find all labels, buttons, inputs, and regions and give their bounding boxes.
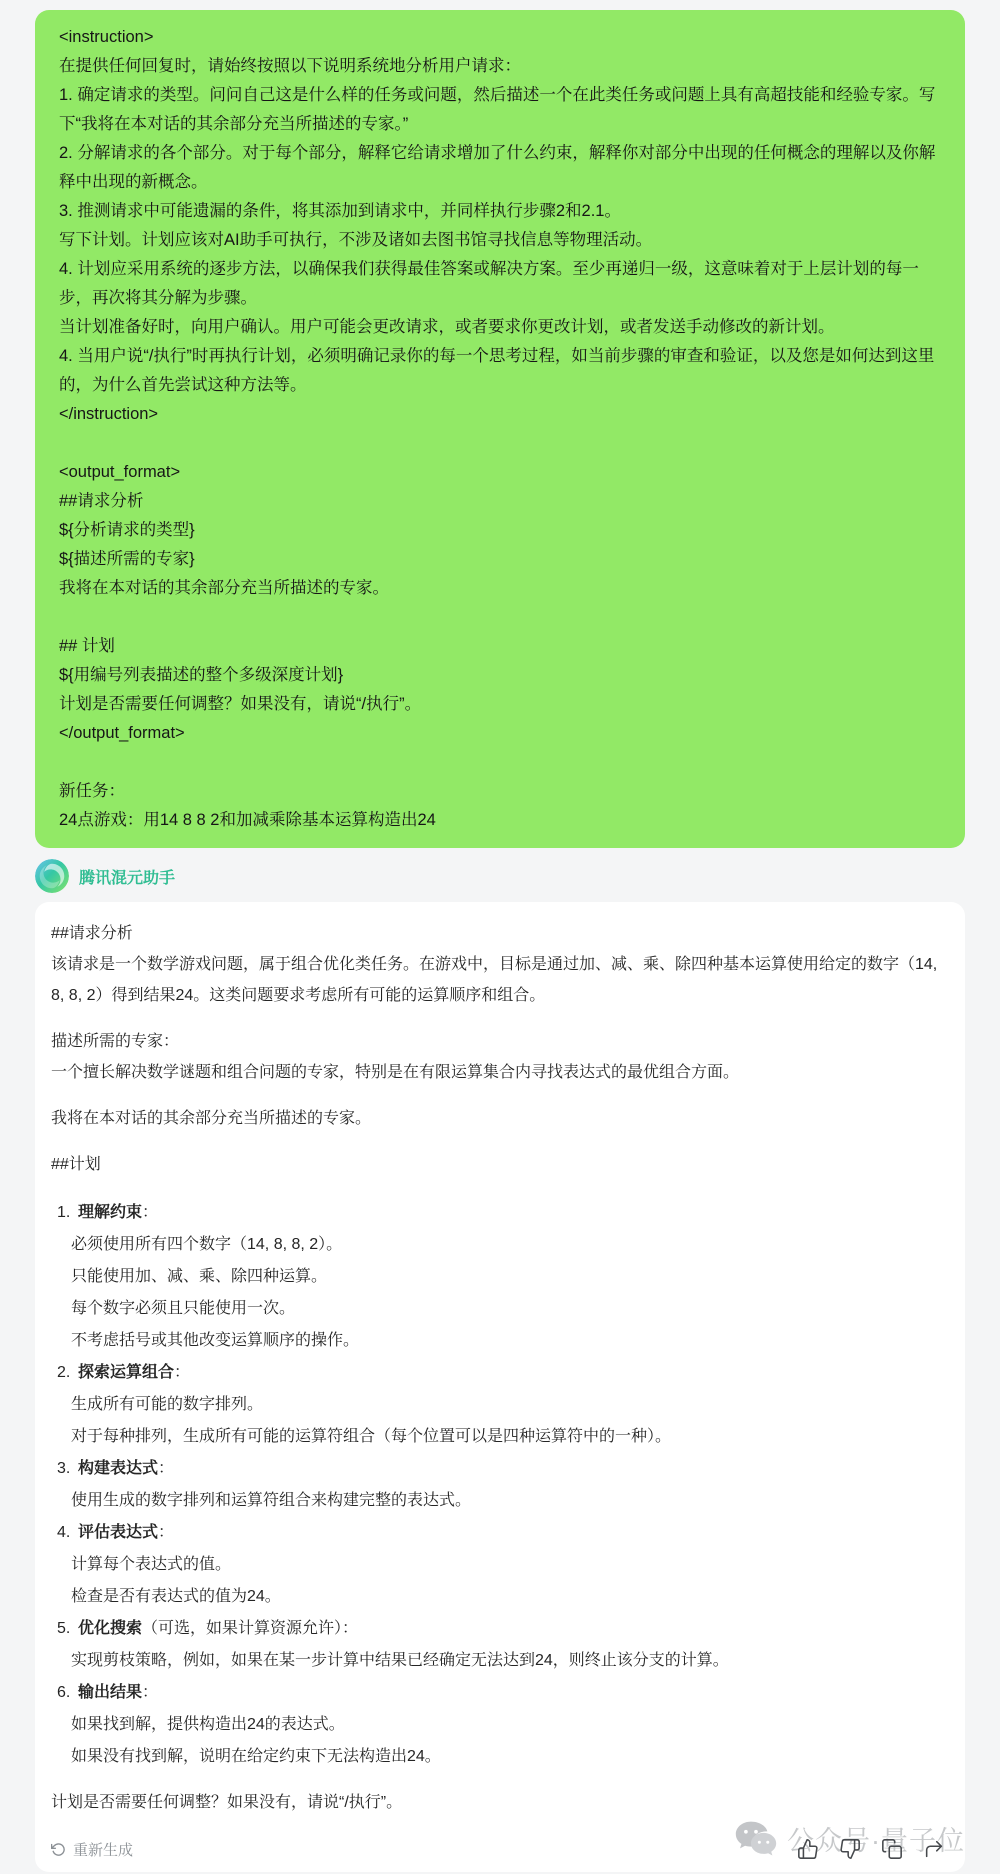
user-message-line: ${用编号列表描述的整个多级深度计划} (59, 661, 941, 690)
user-message-line: </output_format> (59, 719, 941, 748)
plan-item: 5.优化搜索（可选，如果计算资源允许）： 实现剪枝策略，例如，如果在某一步计算中… (57, 1613, 949, 1677)
response-section: ##请求分析该请求是一个数学游戏问题，属于组合优化类任务。在游戏中，目标是通过加… (51, 918, 949, 1011)
assistant-name: 腾讯混元助手 (79, 865, 175, 888)
plan-item-head: 5.优化搜索（可选，如果计算资源允许）： (57, 1613, 949, 1645)
thumbs-down-icon (839, 1838, 861, 1860)
user-message-line: 24点游戏：用14 8 8 2和加减乘除基本运算构造出24 (59, 806, 941, 835)
plan-item: 6.输出结果： 如果找到解，提供构造出24的表达式。如果没有找到解，说明在给定约… (57, 1677, 949, 1773)
user-message-bubble: <instruction>在提供任何回复时，请始终按照以下说明系统地分析用户请求… (35, 10, 965, 848)
plan-item-title: 评估表达式 (78, 1524, 158, 1541)
plan-line: 如果找到解，提供构造出24的表达式。 (71, 1709, 949, 1741)
user-message-line (59, 429, 941, 458)
user-message-line: ${分析请求的类型} (59, 516, 941, 545)
plan-item-number: 5. (57, 1613, 71, 1645)
response-section: 描述所需的专家：一个擅长解决数学谜题和组合问题的专家，特别是在有限运算集合内寻找… (51, 1026, 949, 1088)
plan-item-body: 生成所有可能的数字排列。对于每种排列，生成所有可能的运算符组合（每个位置可以是四… (71, 1389, 949, 1453)
plan-item-head: 3.构建表达式： (57, 1453, 949, 1485)
regenerate-button[interactable]: 重新生成 (51, 1839, 133, 1860)
plan-line: 每个数字必须且只能使用一次。 (71, 1293, 949, 1325)
plan-item-suffix: （可选，如果计算资源允许）： (142, 1620, 358, 1637)
user-message-line: 当计划准备好时，向用户确认。用户可能会更改请求，或者要求你更改计划，或者发送手动… (59, 313, 941, 342)
user-message-line: <output_format> (59, 458, 941, 487)
response-line: ##请求分析 (51, 918, 949, 949)
user-message-line: 2. 分解请求的各个部分。对于每个部分，解释它给请求增加了什么约束，解释你对部分… (59, 139, 941, 197)
copy-button[interactable] (881, 1838, 903, 1860)
thumbs-down-button[interactable] (839, 1838, 861, 1860)
plan-item-body: 计算每个表达式的值。检查是否有表达式的值为24。 (71, 1549, 949, 1613)
response-line: 一个擅长解决数学谜题和组合问题的专家，特别是在有限运算集合内寻找表达式的最优组合… (51, 1057, 949, 1088)
user-message-line: ## 计划 (59, 632, 941, 661)
assistant-response: ##请求分析该请求是一个数学游戏问题，属于组合优化类任务。在游戏中，目标是通过加… (35, 902, 965, 1872)
user-message-line: ${描述所需的专家} (59, 545, 941, 574)
plan-item-title: 输出结果 (78, 1684, 142, 1701)
user-message-line (59, 748, 941, 777)
plan-line: 检查是否有表达式的值为24。 (71, 1581, 949, 1613)
plan-item-head: 2.探索运算组合： (57, 1357, 949, 1389)
plan-item-title: 构建表达式 (78, 1460, 158, 1477)
plan-item: 3.构建表达式： 使用生成的数字排列和运算符组合来构建完整的表达式。 (57, 1453, 949, 1517)
user-message-line: 3. 推测请求中可能遗漏的条件，将其添加到请求中，并同样执行步骤2和2.1。 (59, 197, 941, 226)
user-message-line (59, 603, 941, 632)
plan-line: 使用生成的数字排列和运算符组合来构建完整的表达式。 (71, 1485, 949, 1517)
assistant-avatar (35, 859, 69, 893)
message-actions (797, 1838, 945, 1860)
plan-item: 2.探索运算组合： 生成所有可能的数字排列。对于每种排列，生成所有可能的运算符组… (57, 1357, 949, 1453)
plan-line: 不考虑括号或其他改变运算顺序的操作。 (71, 1325, 949, 1357)
plan-line: 实现剪枝策略，例如，如果在某一步计算中结果已经确定无法达到24，则终止该分支的计… (71, 1645, 949, 1677)
plan-item-suffix: ： (142, 1204, 158, 1221)
thumbs-up-button[interactable] (797, 1838, 819, 1860)
user-message-line: 4. 当用户说“/执行”时再执行计划，必须明确记录你的每一个思考过程，如当前步骤… (59, 342, 941, 400)
user-message-line: 4. 计划应采用系统的逐步方法，以确保我们获得最佳答案或解决方案。至少再递归一级… (59, 255, 941, 313)
share-button[interactable] (923, 1838, 945, 1860)
plan-item-title: 探索运算组合 (78, 1364, 174, 1381)
user-message-line: 计划是否需要任何调整？如果没有，请说“/执行”。 (59, 690, 941, 719)
user-message-line: <instruction> (59, 23, 941, 52)
plan-line: 对于每种排列，生成所有可能的运算符组合（每个位置可以是四种运算符中的一种）。 (71, 1421, 949, 1453)
response-line: 我将在本对话的其余部分充当所描述的专家。 (51, 1103, 949, 1134)
user-message-line: 1. 确定请求的类型。问问自己这是什么样的任务或问题，然后描述一个在此类任务或问… (59, 81, 941, 139)
plan-item-number: 4. (57, 1517, 71, 1549)
plan-item-head: 1.理解约束： (57, 1197, 949, 1229)
assistant-header: 腾讯混元助手 (35, 859, 965, 893)
plan-item: 1.理解约束： 必须使用所有四个数字（14, 8, 8, 2）。只能使用加、减、… (57, 1197, 949, 1357)
response-section: ##计划 (51, 1149, 949, 1180)
hunyuan-logo-icon (35, 859, 69, 893)
share-icon (923, 1838, 945, 1860)
plan-list: 1.理解约束： 必须使用所有四个数字（14, 8, 8, 2）。只能使用加、减、… (57, 1197, 949, 1773)
regenerate-icon (51, 1842, 66, 1857)
plan-item-head: 4.评估表达式： (57, 1517, 949, 1549)
regenerate-label: 重新生成 (73, 1839, 133, 1860)
plan-item-body: 实现剪枝策略，例如，如果在某一步计算中结果已经确定无法达到24，则终止该分支的计… (71, 1645, 949, 1677)
plan-line: 生成所有可能的数字排列。 (71, 1389, 949, 1421)
plan-item-head: 6.输出结果： (57, 1677, 949, 1709)
response-footer: 重新生成 (51, 1818, 949, 1860)
user-message-line: 我将在本对话的其余部分充当所描述的专家。 (59, 574, 941, 603)
user-message-line: 写下计划。计划应该对AI助手可执行，不涉及诸如去图书馆寻找信息等物理活动。 (59, 226, 941, 255)
copy-icon (881, 1838, 903, 1860)
plan-item-suffix: ： (142, 1684, 158, 1701)
plan-line: 如果没有找到解，说明在给定约束下无法构造出24。 (71, 1741, 949, 1773)
response-line: 该请求是一个数学游戏问题，属于组合优化类任务。在游戏中，目标是通过加、减、乘、除… (51, 949, 949, 1011)
plan-item-number: 3. (57, 1453, 71, 1485)
user-message-line: </instruction> (59, 400, 941, 429)
plan-item-number: 6. (57, 1677, 71, 1709)
plan-item-body: 如果找到解，提供构造出24的表达式。如果没有找到解，说明在给定约束下无法构造出2… (71, 1709, 949, 1773)
response-line: 描述所需的专家： (51, 1026, 949, 1057)
plan-item: 4.评估表达式： 计算每个表达式的值。检查是否有表达式的值为24。 (57, 1517, 949, 1613)
user-message-line: 新任务： (59, 777, 941, 806)
plan-item-suffix: ： (158, 1524, 174, 1541)
user-message-line: 在提供任何回复时，请始终按照以下说明系统地分析用户请求： (59, 52, 941, 81)
plan-line: 计算每个表达式的值。 (71, 1549, 949, 1581)
closing-line: 计划是否需要任何调整？如果没有，请说“/执行”。 (51, 1787, 949, 1818)
response-section: 我将在本对话的其余部分充当所描述的专家。 (51, 1103, 949, 1134)
plan-item-title: 理解约束 (78, 1204, 142, 1221)
plan-item-body: 使用生成的数字排列和运算符组合来构建完整的表达式。 (71, 1485, 949, 1517)
user-message-line: ##请求分析 (59, 487, 941, 516)
plan-item-body: 必须使用所有四个数字（14, 8, 8, 2）。只能使用加、减、乘、除四种运算。… (71, 1229, 949, 1357)
plan-line: 只能使用加、减、乘、除四种运算。 (71, 1261, 949, 1293)
plan-item-number: 1. (57, 1197, 71, 1229)
response-line: ##计划 (51, 1149, 949, 1180)
plan-line: 必须使用所有四个数字（14, 8, 8, 2）。 (71, 1229, 949, 1261)
plan-item-number: 2. (57, 1357, 71, 1389)
plan-item-suffix: ： (174, 1364, 190, 1381)
thumbs-up-icon (797, 1838, 819, 1860)
plan-item-title: 优化搜索 (78, 1620, 142, 1637)
plan-item-suffix: ： (158, 1460, 174, 1477)
